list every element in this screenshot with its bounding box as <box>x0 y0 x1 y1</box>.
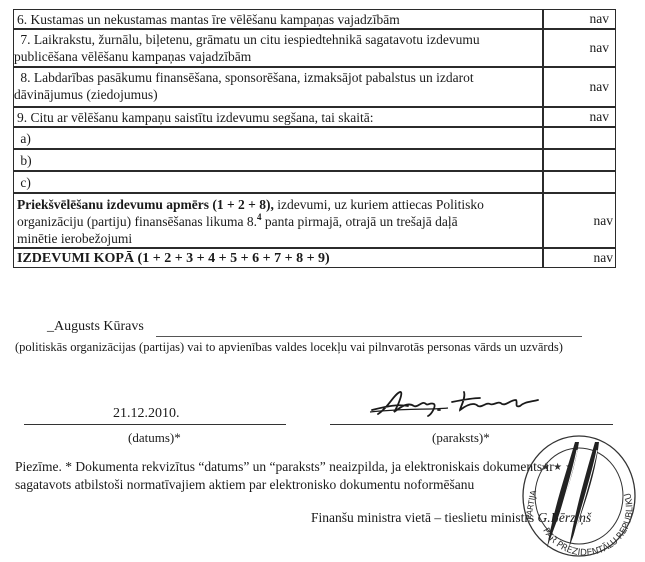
signature-caption: (paraksts)* <box>432 430 490 446</box>
date-value: 21.12.2010. <box>113 406 180 422</box>
note-line2: sagatavots atbilstoši normatīvajiem akti… <box>15 477 474 493</box>
row-value: nav <box>543 67 616 107</box>
row-label-line1: 8. Labdarības pasākumu finansēšana, spon… <box>17 69 539 86</box>
name-underline <box>156 336 582 337</box>
table-row-9c: c) <box>13 171 616 193</box>
row-value: nav <box>543 9 616 29</box>
pre-election-text2a: organizāciju (partiju) finansēšanas liku… <box>17 214 257 229</box>
row-label-line2: dāvinājumus (ziedojumus) <box>14 86 539 103</box>
table-row-8: 8. Labdarības pasākumu finansēšana, spon… <box>13 67 616 107</box>
row-value: nav <box>543 107 616 127</box>
row-label: 7. Laikrakstu, žurnālu, biļetenu, grāmat… <box>13 29 543 67</box>
row-value: nav <box>543 193 616 248</box>
signature-line <box>330 424 613 425</box>
table-row-9a: a) <box>13 127 616 149</box>
row-label-line1: 7. Laikrakstu, žurnālu, biļetenu, grāmat… <box>17 31 539 48</box>
pre-election-text1: izdevumi, uz kuriem attiecas Politisko <box>274 197 484 212</box>
row-label: 8. Labdarības pasākumu finansēšana, spon… <box>13 67 543 107</box>
row-value: nav <box>543 248 616 268</box>
footer-text: Finanšu ministra vietā – tieslietu minis… <box>311 510 534 525</box>
row-label-line2: publicēšana vēlēšanu kampaņas vajadzībām <box>14 48 539 65</box>
signature-image <box>368 388 568 420</box>
table-row-pre-election: Priekšvēlēšanu izdevumu apmērs (1 + 2 + … <box>13 193 616 248</box>
pre-election-text3: minētie ierobežojumi <box>17 230 539 247</box>
table-row-9: 9. Citu ar vēlēšanu kampaņu saistītu izd… <box>13 107 616 127</box>
table-row-total: IZDEVUMI KOPĀ (1 + 2 + 3 + 4 + 5 + 6 + 7… <box>13 248 616 268</box>
table-row-6: 6. Kustamas un nekustamas mantas īre vēl… <box>13 9 616 29</box>
note-line1: Piezīme. * Dokumenta rekvizītus “datums”… <box>15 459 554 475</box>
pre-election-bold: Priekšvēlēšanu izdevumu apmērs (1 + 2 + … <box>17 197 274 212</box>
row-label: c) <box>13 171 543 193</box>
row-value <box>543 149 616 171</box>
pre-election-text2b: panta pirmajā, otrajā un trešajā daļā <box>262 214 458 229</box>
row-label: 6. Kustamas un nekustamas mantas īre vēl… <box>13 9 543 29</box>
row-label: b) <box>13 149 543 171</box>
date-line <box>24 424 286 425</box>
party-stamp-icon: PAR PREZIDENTĀLU REPUBLIKU ★ ★ ★ PARTIJA <box>517 430 637 558</box>
date-caption: (datums)* <box>128 430 181 446</box>
table-row-7: 7. Laikrakstu, žurnālu, biļetenu, grāmat… <box>13 29 616 67</box>
row-label: Priekšvēlēšanu izdevumu apmērs (1 + 2 + … <box>13 193 543 248</box>
row-label: 9. Citu ar vēlēšanu kampaņu saistītu izd… <box>13 107 543 127</box>
row-value: nav <box>543 29 616 67</box>
row-label: IZDEVUMI KOPĀ (1 + 2 + 3 + 4 + 5 + 6 + 7… <box>13 248 543 268</box>
name-caption: (politiskās organizācijas (partijas) vai… <box>15 340 563 355</box>
row-value <box>543 171 616 193</box>
table-row-9b: b) <box>13 149 616 171</box>
row-label: a) <box>13 127 543 149</box>
signatory-name: _Augusts Kūravs <box>47 319 144 335</box>
row-value <box>543 127 616 149</box>
